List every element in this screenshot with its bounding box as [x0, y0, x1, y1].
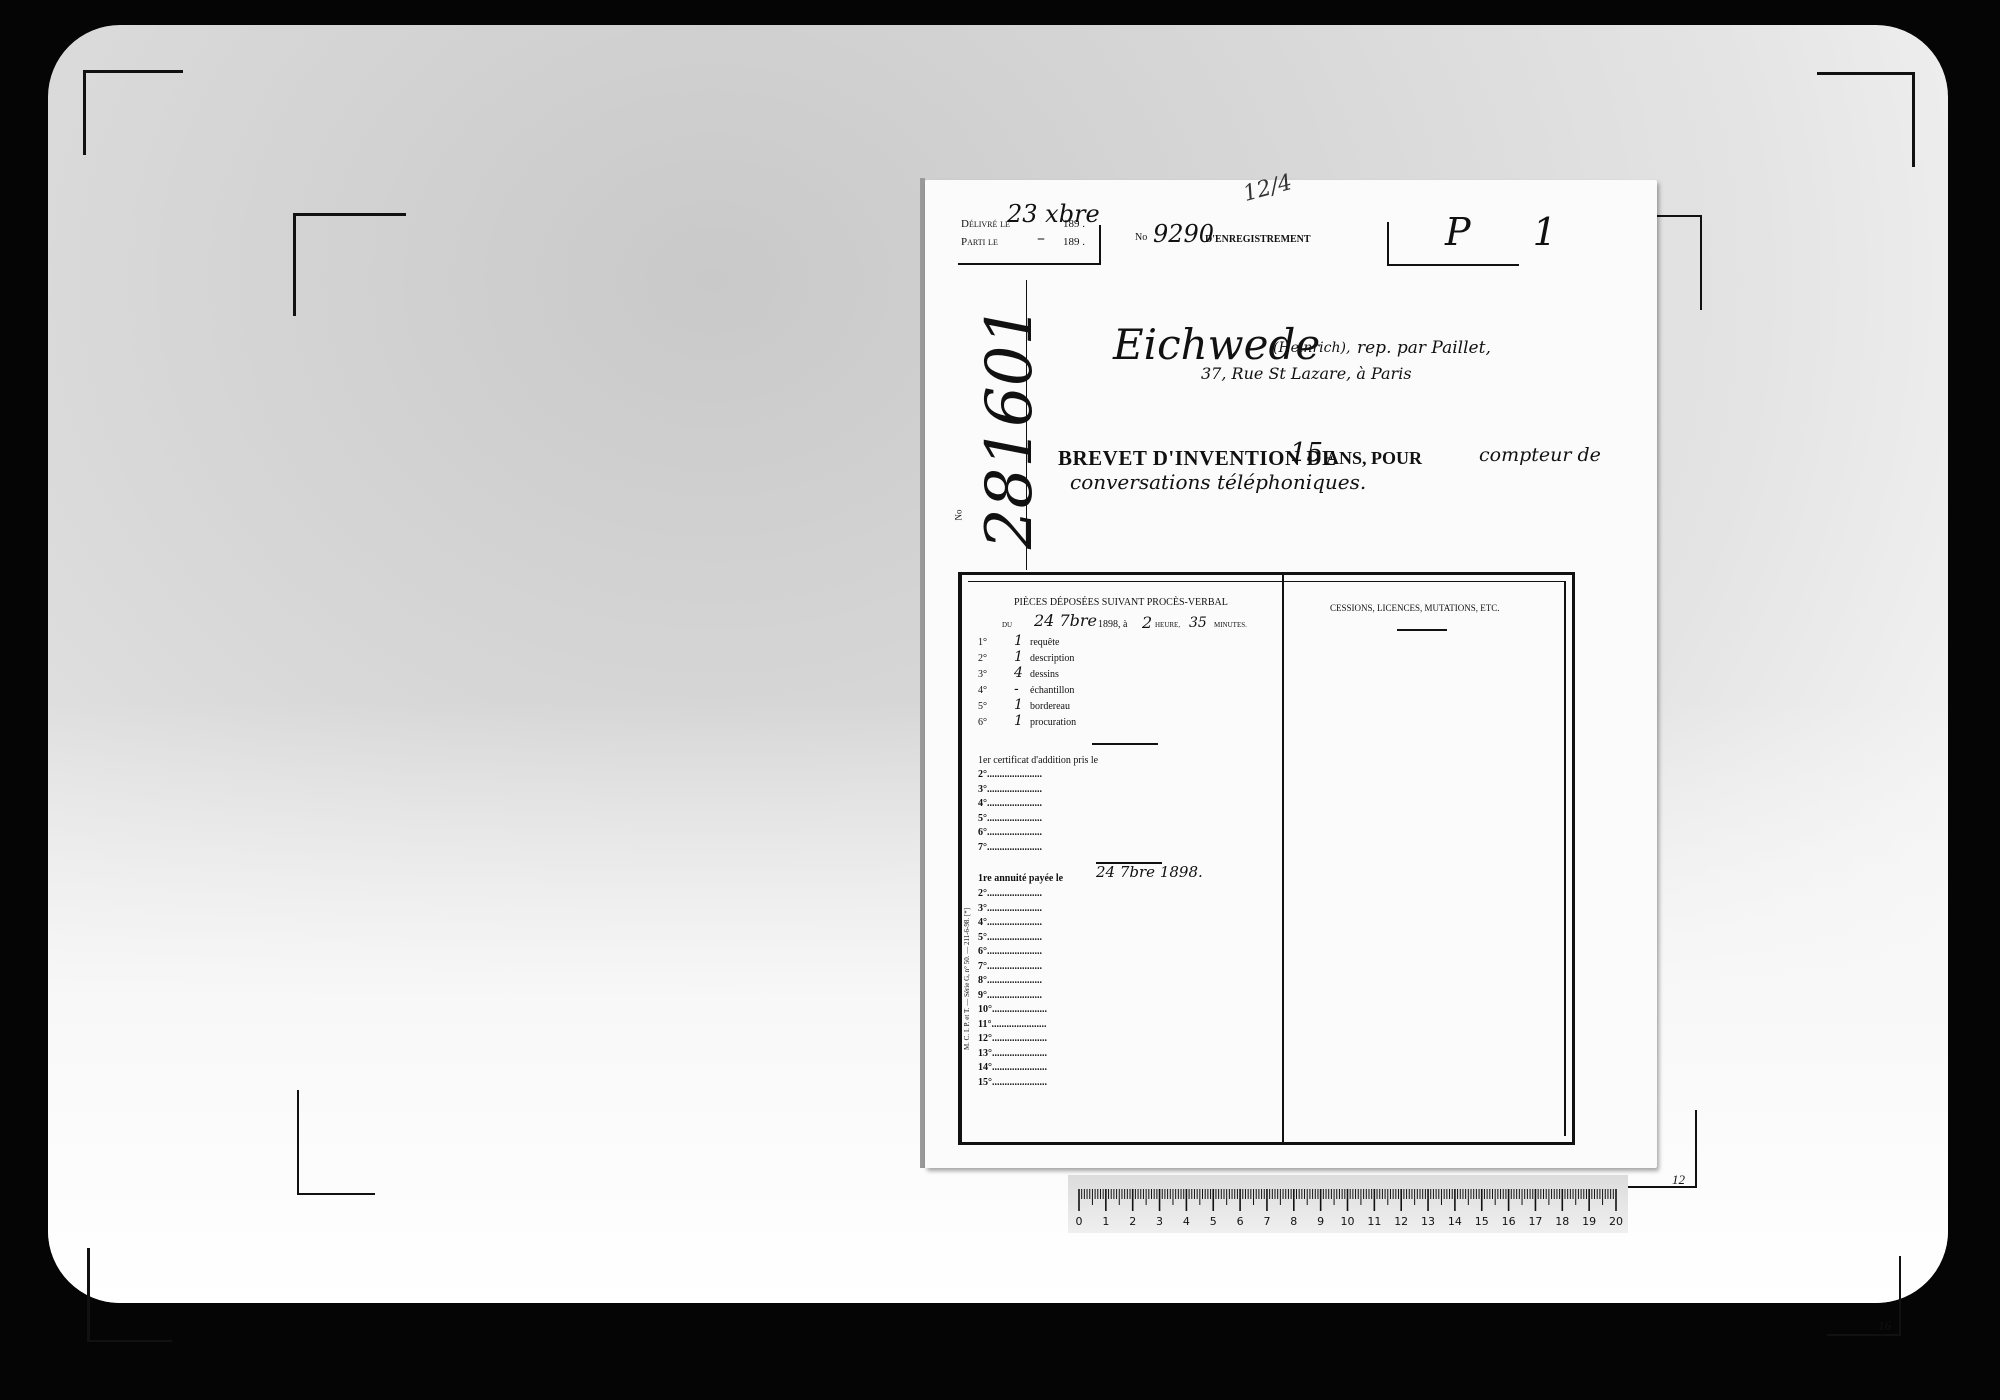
svg-text:1: 1 [1102, 1215, 1109, 1228]
register-row: 4°...................... [978, 917, 1042, 928]
piece-label: échantillon [1030, 685, 1074, 696]
svg-text:14: 14 [1448, 1215, 1462, 1228]
svg-text:6: 6 [1237, 1215, 1244, 1228]
register-row: 3°...................... [978, 903, 1042, 914]
svg-text:3: 3 [1156, 1215, 1163, 1228]
svg-text:0: 0 [1076, 1215, 1083, 1228]
register-row: 6°...................... [978, 827, 1042, 838]
svg-text:20: 20 [1609, 1215, 1623, 1228]
du-minutes: 35 [1189, 615, 1207, 631]
svg-text:10: 10 [1341, 1215, 1355, 1228]
register-row: 4°...................... [978, 798, 1042, 809]
svg-text:12: 12 [1394, 1215, 1408, 1228]
register-row: 8°...................... [978, 975, 1042, 986]
patent-duration-years: 15 [1290, 438, 1323, 468]
register-row: 13°...................... [978, 1048, 1047, 1059]
piece-quantity: 1 [1014, 649, 1023, 665]
applicant-representative: rep. par Paillet, [1357, 338, 1491, 358]
piece-quantity: 4 [1014, 665, 1023, 681]
scale-ruler: 01234567891011121314151617181920 [1068, 1175, 1628, 1233]
heure-label: HEURE, [1155, 621, 1180, 629]
register-row: 2°...................... [978, 888, 1042, 899]
du-year: 1898, à [1098, 619, 1127, 630]
register-row: 5°...................... [978, 813, 1042, 824]
crop-mark-outer-top-right [1817, 72, 1915, 167]
delivre-label: Délivré le [961, 218, 1010, 230]
parti-value: – [1037, 228, 1045, 247]
delivre-value: 23 xbre [1007, 200, 1100, 228]
svg-text:4: 4 [1183, 1215, 1190, 1228]
svg-text:2: 2 [1129, 1215, 1136, 1228]
svg-text:5: 5 [1210, 1215, 1217, 1228]
pieces-header: PIÈCES DÉPOSÉES SUIVANT PROCÈS-VERBAL [1014, 597, 1228, 608]
side-registration-number: 281601 [973, 282, 1047, 572]
date-box-bottom [958, 263, 1100, 265]
register-row: 6°...................... [978, 946, 1042, 957]
box-annotation: P 1 [1445, 210, 1557, 254]
crop-mark-inner-top-left [293, 213, 406, 316]
register-row: 12°...................... [978, 1033, 1047, 1044]
crop-mark-outer-bottom-left [87, 1248, 172, 1342]
svg-text:16: 16 [1502, 1215, 1516, 1228]
svg-text:8: 8 [1290, 1215, 1297, 1228]
ruler-graduations: 01234567891011121314151617181920 [1068, 1175, 1628, 1233]
minutes-label: MINUTES. [1214, 621, 1247, 629]
delivre-year: 189 . [1063, 218, 1085, 230]
certificat-label: 1er certificat d'addition pris le [978, 755, 1098, 766]
patent-title-printed-2: ANS, POUR [1326, 448, 1422, 469]
piece-quantity: 1 [1014, 633, 1023, 649]
register-row: 9°...................... [978, 990, 1042, 1001]
piece-number: 6° [978, 717, 987, 728]
register-row: 14°...................... [978, 1062, 1047, 1073]
pieces-separator [1092, 743, 1158, 745]
parti-label: Parti le [961, 236, 998, 248]
du-label: DU [1002, 621, 1012, 629]
piece-label: bordereau [1030, 701, 1070, 712]
piece-quantity: 1 [1014, 697, 1023, 713]
plate-mark-outer-label: 16 [1878, 1318, 1891, 1334]
register-row: 7°...................... [978, 961, 1042, 972]
crop-mark-outer-top-left [83, 70, 183, 155]
applicant-given-name: (Heinrich), [1273, 340, 1350, 356]
patent-subject-line1: compteur de [1479, 444, 1601, 466]
parti-year: 189 . [1063, 236, 1085, 248]
piece-number: 4° [978, 685, 987, 696]
piece-label: dessins [1030, 669, 1059, 680]
piece-number: 3° [978, 669, 987, 680]
piece-quantity: - [1014, 681, 1019, 697]
crop-mark-inner-bottom-left [297, 1090, 375, 1195]
piece-number: 5° [978, 701, 987, 712]
register-row: 2°...................... [978, 769, 1042, 780]
cessions-separator [1397, 629, 1447, 631]
svg-text:15: 15 [1475, 1215, 1489, 1228]
svg-text:13: 13 [1421, 1215, 1435, 1228]
svg-text:17: 17 [1528, 1215, 1542, 1228]
svg-text:11: 11 [1367, 1215, 1381, 1228]
register-row: 11°...................... [978, 1019, 1046, 1030]
register-row: 15°...................... [978, 1077, 1047, 1088]
margin-imprint: M. C. I. P. et T. — Série G, n° 50. — 21… [963, 849, 971, 1109]
side-number-prefix: No [954, 510, 964, 521]
date-box-right [1099, 225, 1101, 265]
table-inner-right [1564, 581, 1566, 1136]
piece-quantity: 1 [1014, 713, 1023, 729]
svg-text:19: 19 [1582, 1215, 1596, 1228]
box-bottom [1387, 264, 1519, 266]
piece-label: requête [1030, 637, 1059, 648]
numero-suffix: D'ENREGISTREMENT [1205, 234, 1311, 245]
piece-label: procuration [1030, 717, 1076, 728]
patent-document: Délivré le 23 xbre 189 . Parti le – 189 … [925, 180, 1657, 1168]
crop-mark-inner-top-right [1655, 215, 1702, 310]
plate-mark-inner-label: 12 [1672, 1172, 1685, 1188]
svg-text:9: 9 [1317, 1215, 1324, 1228]
patent-subject-line2: conversations téléphoniques. [1070, 470, 1366, 494]
annuite-value: 24 7bre 1898. [1096, 863, 1203, 881]
register-table: PIÈCES DÉPOSÉES SUIVANT PROCÈS-VERBAL DU… [958, 572, 1575, 1145]
cessions-header: CESSIONS, LICENCES, MUTATIONS, ETC. [1330, 603, 1500, 613]
register-row: 3°...................... [978, 784, 1042, 795]
piece-number: 2° [978, 653, 987, 664]
svg-text:18: 18 [1555, 1215, 1569, 1228]
piece-label: description [1030, 653, 1074, 664]
applicant-address: 37, Rue St Lazare, à Paris [1201, 364, 1412, 383]
annuite-label: 1re annuité payée le [978, 873, 1063, 884]
svg-text:7: 7 [1263, 1215, 1270, 1228]
du-date: 24 7bre [1034, 611, 1097, 630]
column-divider [1282, 575, 1284, 1142]
register-row: 10°...................... [978, 1004, 1047, 1015]
register-row: 5°...................... [978, 932, 1042, 943]
piece-number: 1° [978, 637, 987, 648]
box-left [1387, 222, 1389, 265]
numero-prefix: No [1135, 232, 1147, 243]
register-row: 7°...................... [978, 842, 1042, 853]
table-inner-top [968, 581, 1566, 582]
du-hour: 2 [1142, 613, 1152, 632]
